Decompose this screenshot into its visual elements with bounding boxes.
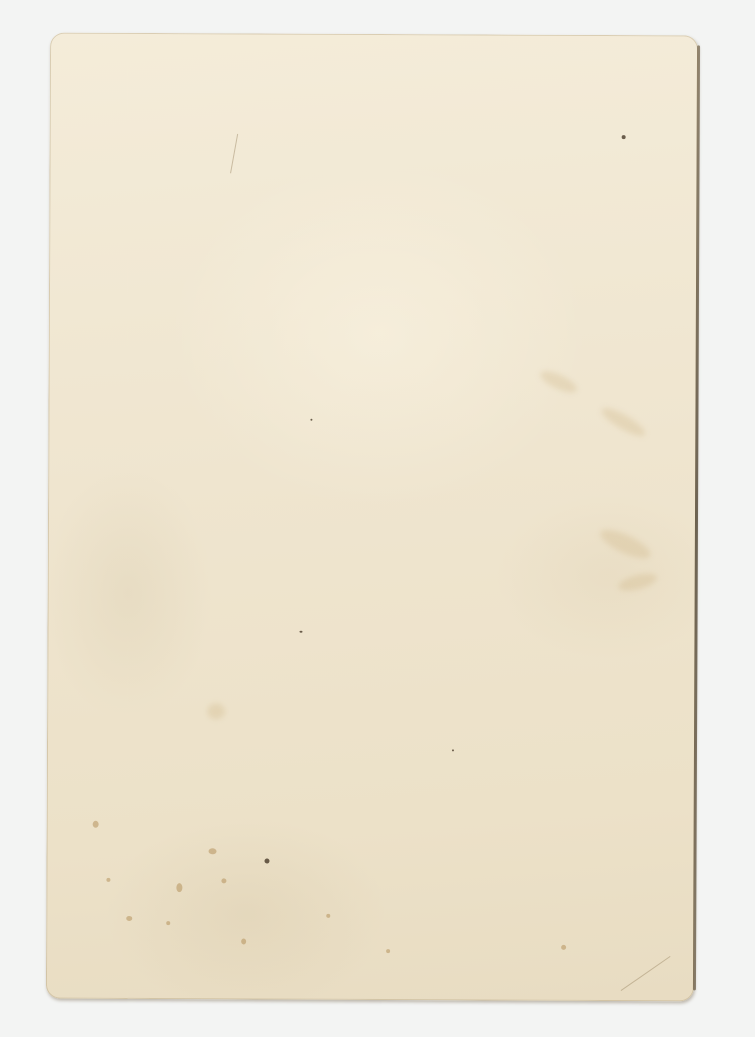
foxing-spot — [126, 916, 132, 921]
stain — [538, 367, 580, 397]
speck — [299, 631, 302, 633]
card-edge — [693, 45, 700, 990]
antique-card-back — [46, 33, 698, 1002]
foxing-spot — [93, 821, 99, 828]
foxing-spot — [176, 883, 182, 892]
speck — [452, 749, 454, 751]
foxing-spot — [386, 949, 390, 953]
foxing-spot — [166, 921, 170, 925]
foxing-spot — [106, 878, 110, 882]
crease — [230, 134, 238, 174]
speck — [264, 859, 269, 864]
foxing-spot — [209, 848, 217, 854]
speck — [310, 419, 312, 421]
foxing-spot — [326, 914, 330, 918]
stain — [617, 570, 659, 594]
photo-scene — [0, 0, 755, 1037]
foxing-spot — [221, 878, 226, 883]
crease — [621, 956, 671, 991]
foxing-spot — [241, 938, 246, 944]
foxing-spot — [561, 945, 566, 950]
stain — [597, 524, 654, 564]
stain — [598, 403, 648, 440]
stain — [207, 703, 225, 719]
speck — [622, 135, 626, 139]
